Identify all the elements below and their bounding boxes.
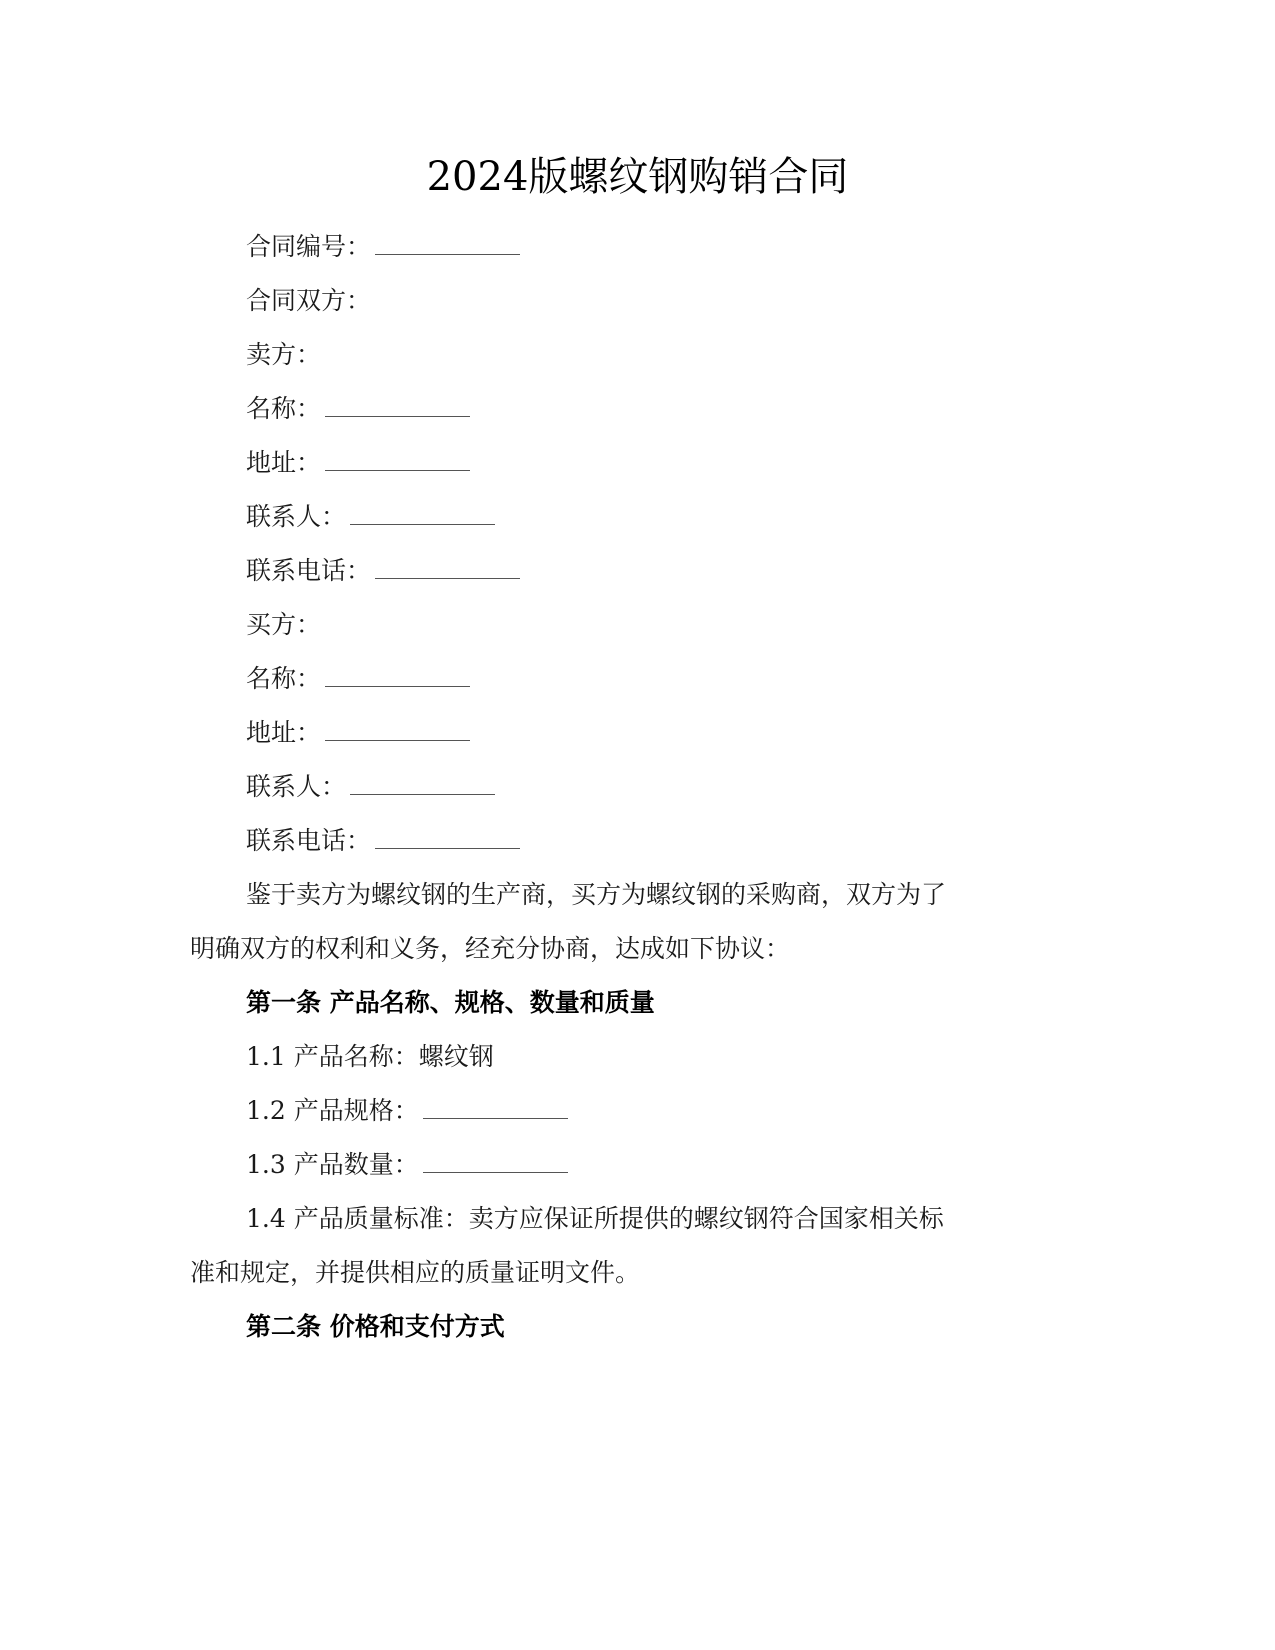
seller-phone-label: 联系电话： [246, 556, 371, 585]
seller-name-row: 名称： [246, 392, 470, 426]
buyer-phone-blank [375, 826, 520, 849]
seller-address-label: 地址： [246, 448, 321, 477]
preamble-line-2: 明确双方的权利和义务，经充分协商，达成如下协议： [190, 932, 790, 966]
article-2-heading: 第二条 价格和支付方式 [246, 1310, 505, 1344]
buyer-name-label: 名称： [246, 664, 321, 693]
item-1-2-label: 1.2 产品规格： [246, 1096, 419, 1125]
buyer-phone-label: 联系电话： [246, 826, 371, 855]
item-1-2-blank [423, 1096, 568, 1119]
seller-name-blank [325, 394, 470, 417]
item-1-3-blank [423, 1150, 568, 1173]
seller-contact-row: 联系人： [246, 500, 495, 534]
seller-heading: 卖方： [246, 338, 321, 372]
buyer-heading: 买方： [246, 608, 321, 642]
contract-number-blank [375, 232, 520, 255]
contract-number-label: 合同编号： [246, 232, 371, 261]
buyer-name-row: 名称： [246, 662, 470, 696]
item-1-4-line-1: 1.4 产品质量标准：卖方应保证所提供的螺纹钢符合国家相关标 [246, 1202, 944, 1236]
item-1-3-label: 1.3 产品数量： [246, 1150, 419, 1179]
buyer-contact-row: 联系人： [246, 770, 495, 804]
item-1-1: 1.1 产品名称：螺纹钢 [246, 1040, 494, 1074]
buyer-address-row: 地址： [246, 716, 470, 750]
parties-label: 合同双方： [246, 284, 371, 318]
document-title: 2024版螺纹钢购销合同 [0, 150, 1275, 204]
buyer-phone-row: 联系电话： [246, 824, 520, 858]
seller-name-label: 名称： [246, 394, 321, 423]
buyer-name-blank [325, 664, 470, 687]
buyer-contact-blank [350, 772, 495, 795]
seller-contact-label: 联系人： [246, 502, 346, 531]
item-1-2-row: 1.2 产品规格： [246, 1094, 568, 1128]
item-1-3-row: 1.3 产品数量： [246, 1148, 568, 1182]
seller-address-row: 地址： [246, 446, 470, 480]
buyer-address-label: 地址： [246, 718, 321, 747]
seller-phone-row: 联系电话： [246, 554, 520, 588]
contract-number-row: 合同编号： [246, 230, 520, 264]
item-1-4-line-2: 准和规定，并提供相应的质量证明文件。 [190, 1256, 640, 1290]
article-1-heading: 第一条 产品名称、规格、数量和质量 [246, 986, 655, 1020]
seller-contact-blank [350, 502, 495, 525]
buyer-contact-label: 联系人： [246, 772, 346, 801]
buyer-address-blank [325, 718, 470, 741]
seller-address-blank [325, 448, 470, 471]
preamble-line-1: 鉴于卖方为螺纹钢的生产商，买方为螺纹钢的采购商，双方为了 [246, 878, 946, 912]
seller-phone-blank [375, 556, 520, 579]
